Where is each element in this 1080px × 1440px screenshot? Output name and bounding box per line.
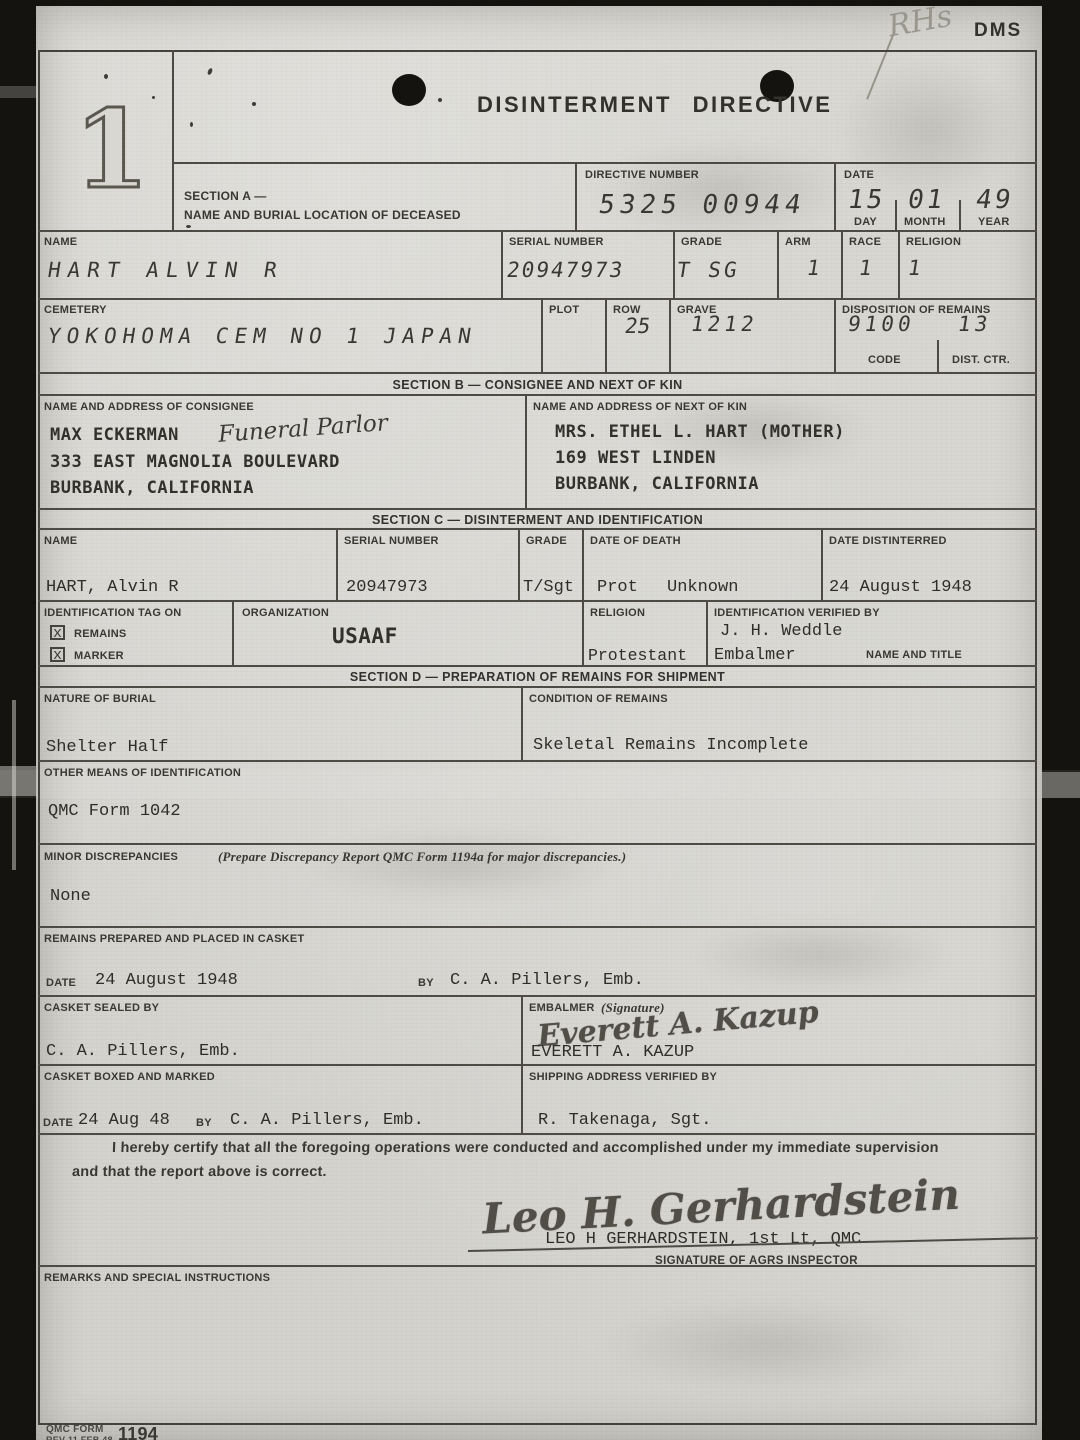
serial-c-value: 20947973	[346, 578, 428, 597]
date-day-text: 15	[846, 185, 888, 215]
dist-ctr-label: DIST. CTR.	[952, 354, 1010, 367]
section-a-label-line1: SECTION A —	[184, 189, 267, 203]
scanned-document-page: RHs DMS 1 DISINTERMENT DIRECTIVE SECTION…	[0, 0, 1080, 1440]
registration-mark-left-v	[12, 700, 16, 870]
cell-organization: ORGANIZATION USAAF	[232, 600, 582, 665]
disposition-code-value: 9100	[848, 312, 915, 336]
cell-casket-sealed: CASKET SEALED BY C. A. Pillers, Emb.	[38, 995, 521, 1064]
cell-race: RACE 1	[841, 230, 898, 298]
verified-title: Embalmer	[714, 646, 796, 665]
section-d-header: SECTION D — PREPARATION OF REMAINS FOR S…	[38, 671, 1037, 684]
kin-name: MRS. ETHEL L. HART (MOTHER)	[555, 422, 845, 442]
prepared-date-label: DATE	[46, 977, 76, 990]
id-tag-label: IDENTIFICATION TAG ON	[44, 607, 181, 620]
arm-value: 1	[807, 256, 820, 280]
remains-prepared-label: REMAINS PREPARED AND PLACED IN CASKET	[44, 933, 304, 946]
race-value: 1	[859, 256, 872, 280]
grade-c-value: T/Sgt	[523, 578, 574, 597]
consignee-addr2: BURBANK, CALIFORNIA	[50, 478, 254, 498]
date-of-death-prefix: Prot	[597, 578, 638, 597]
casket-sealed-value: C. A. Pillers, Emb.	[46, 1042, 240, 1061]
prepared-by-value: C. A. Pillers, Emb.	[450, 971, 644, 990]
date-day-value: 15	[848, 185, 885, 215]
grade-label: GRADE	[681, 236, 722, 249]
disposition-divider	[937, 340, 939, 374]
grade-c-label: GRADE	[526, 535, 567, 548]
date-year-text: 49	[974, 185, 1016, 215]
arm-text: 1	[805, 256, 821, 280]
kin-addr1: 169 WEST LINDEN	[555, 448, 716, 468]
name-value: HART ALVIN R	[48, 258, 284, 282]
row-text: 25	[623, 314, 652, 338]
cell-id-verified: IDENTIFICATION VERIFIED BY J. H. Weddle …	[706, 600, 1037, 665]
date-month-value: 01	[908, 185, 945, 215]
religion-label: RELIGION	[906, 236, 961, 249]
marker-checkmark: x	[53, 649, 62, 662]
cell-date-of-death: DATE OF DEATH Prot Unknown	[582, 528, 821, 600]
nature-of-burial-label: NATURE OF BURIAL	[44, 693, 156, 706]
cell-cemetery: CEMETERY YOKOHOMA CEM NO 1 JAPAN	[38, 298, 541, 372]
name-c-value: HART, Alvin R	[46, 578, 179, 597]
directive-number-label: DIRECTIVE NUMBER	[585, 169, 699, 182]
prepared-date-value: 24 August 1948	[95, 971, 238, 990]
consignee-label: NAME AND ADDRESS OF CONSIGNEE	[44, 401, 254, 414]
cell-serial-c: SERIAL NUMBER 20947973	[336, 528, 518, 600]
consignee-name: MAX ECKERMAN	[50, 425, 179, 445]
minor-discrepancies-note: (Prepare Discrepancy Report QMC Form 119…	[218, 849, 626, 865]
grave-text: 1212	[689, 312, 759, 336]
cell-casket-boxed: CASKET BOXED AND MARKED DATE 24 Aug 48 B…	[38, 1064, 521, 1133]
cell-date: DATE 15 01 49 DAY MONTH YEAR	[834, 162, 1037, 230]
footer-form-number: 1194	[118, 1424, 158, 1440]
certification-line2: and that the report above is correct.	[72, 1164, 327, 1181]
section-b-header: SECTION B — CONSIGNEE AND NEXT OF KIN	[38, 379, 1037, 392]
other-id-label: OTHER MEANS OF IDENTIFICATION	[44, 767, 241, 780]
month-label: MONTH	[904, 216, 946, 229]
cemetery-value: YOKOHOMA CEM NO 1 JAPAN	[48, 324, 477, 348]
consignee-handwritten: Funeral Parlor	[217, 410, 388, 448]
organization-label: ORGANIZATION	[242, 607, 329, 620]
kin-addr2: BURBANK, CALIFORNIA	[555, 474, 759, 494]
cell-grade-a: GRADE T SG	[673, 230, 777, 298]
remains-checkmark: x	[53, 627, 62, 640]
cell-shipping-verified: SHIPPING ADDRESS VERIFIED BY R. Takenaga…	[521, 1064, 1037, 1133]
next-of-kin-label: NAME AND ADDRESS OF NEXT OF KIN	[533, 401, 747, 414]
page-number: 1	[74, 96, 149, 204]
cell-grade-c: GRADE T/Sgt	[518, 528, 582, 600]
cell-page-number: 1	[38, 50, 172, 230]
religion-c-value: Protestant	[588, 646, 687, 665]
casket-sealed-label: CASKET SEALED BY	[44, 1002, 159, 1015]
cell-section-a-header: SECTION A — NAME AND BURIAL LOCATION OF …	[172, 162, 575, 230]
inspector-typed-name: LEO H GERHARDSTEIN, 1st Lt, QMC	[545, 1230, 861, 1249]
name-c-label: NAME	[44, 535, 77, 548]
remains-checkbox: x	[50, 625, 65, 640]
organization-value: USAAF	[332, 624, 398, 648]
cell-minor-discrepancies: MINOR DISCREPANCIES (Prepare Discrepancy…	[38, 843, 1037, 926]
certification-line1: I hereby certify that all the foregoing …	[112, 1140, 939, 1157]
boxed-by-label: BY	[196, 1117, 212, 1130]
religion-c-label: RELIGION	[590, 607, 645, 620]
cemetery-label: CEMETERY	[44, 304, 107, 317]
disposition-code-text: 9100	[846, 312, 916, 336]
embalmer-label: EMBALMER	[529, 1002, 595, 1015]
date-of-death-label: DATE OF DEATH	[590, 535, 681, 548]
prepared-by-label: BY	[418, 977, 434, 990]
registration-mark-left-h	[0, 766, 36, 796]
date-divider	[895, 200, 897, 230]
date-disinterred-value: 24 August 1948	[829, 578, 972, 597]
form-title: DISINTERMENT DIRECTIVE	[477, 94, 832, 116]
year-label: YEAR	[978, 216, 1010, 229]
date-month-text: 01	[906, 185, 948, 215]
day-label: DAY	[854, 216, 877, 229]
id-verified-label: IDENTIFICATION VERIFIED BY	[714, 607, 880, 620]
cell-religion-c: RELIGION Protestant	[582, 600, 706, 665]
cell-nature-of-burial: NATURE OF BURIAL Shelter Half	[38, 686, 521, 760]
cell-religion-a: RELIGION 1	[898, 230, 1037, 298]
section-b-bar: SECTION B — CONSIGNEE AND NEXT OF KIN	[38, 372, 1037, 394]
date-disinterred-label: DATE DISTINTERRED	[829, 535, 947, 548]
cell-directive-number: DIRECTIVE NUMBER 5325 00944	[575, 162, 834, 230]
section-d-bar: SECTION D — PREPARATION OF REMAINS FOR S…	[38, 665, 1037, 686]
section-c-header: SECTION C — DISINTERMENT AND IDENTIFICAT…	[38, 514, 1037, 527]
dms-stamp: DMS	[974, 20, 1022, 43]
cell-embalmer: EMBALMER (Signature) Everett A. Kazup EV…	[521, 995, 1037, 1064]
cell-row: ROW 25	[605, 298, 669, 372]
footer-form-line2: REV 11 FEB 48	[46, 1435, 113, 1440]
cell-name-c: NAME HART, Alvin R	[38, 528, 336, 600]
cell-next-of-kin: NAME AND ADDRESS OF NEXT OF KIN MRS. ETH…	[525, 394, 1037, 508]
consignee-addr1: 333 EAST MAGNOLIA BOULEVARD	[50, 452, 340, 472]
remains-label: REMAINS	[74, 628, 126, 641]
other-id-value: QMC Form 1042	[48, 802, 181, 821]
condition-of-remains-value: Skeletal Remains Incomplete	[533, 736, 808, 755]
cell-plot: PLOT	[541, 298, 605, 372]
embalmer-typed-name: EVERETT A. KAZUP	[531, 1043, 694, 1062]
arm-label: ARM	[785, 236, 811, 249]
cell-consignee: NAME AND ADDRESS OF CONSIGNEE MAX ECKERM…	[38, 394, 525, 508]
verified-name: J. H. Weddle	[720, 622, 842, 641]
directive-number-text: 5325 00944	[597, 190, 808, 220]
date-divider	[959, 200, 961, 230]
cell-other-id: OTHER MEANS OF IDENTIFICATION QMC Form 1…	[38, 760, 1037, 843]
code-label: CODE	[868, 354, 901, 367]
grade-value: T SG	[677, 258, 740, 282]
section-a-label-line2: NAME AND BURIAL LOCATION OF DECEASED	[184, 208, 461, 222]
plot-label: PLOT	[549, 304, 579, 317]
disposition-dist-value: 13	[958, 312, 991, 336]
registration-mark-left-top	[0, 86, 36, 98]
serial-c-label: SERIAL NUMBER	[344, 535, 439, 548]
boxed-date-value: 24 Aug 48	[78, 1111, 170, 1130]
boxed-date-label: DATE	[43, 1117, 73, 1130]
cell-grave: GRAVE 1212	[669, 298, 834, 372]
boxed-by-value: C. A. Pillers, Emb.	[230, 1111, 424, 1130]
directive-number-value: 5325 00944	[599, 190, 806, 220]
name-and-title-label: NAME AND TITLE	[866, 649, 962, 662]
cell-date-disinterred: DATE DISTINTERRED 24 August 1948	[821, 528, 1037, 600]
cemetery-text: YOKOHOMA CEM NO 1 JAPAN	[46, 324, 479, 348]
cell-id-tag: IDENTIFICATION TAG ON x REMAINS x MARKER	[38, 600, 232, 665]
shipping-verified-value: R. Takenaga, Sgt.	[538, 1111, 711, 1130]
minor-discrepancies-label: MINOR DISCREPANCIES	[44, 851, 178, 864]
cell-arm: ARM 1	[777, 230, 841, 298]
religion-text: 1	[906, 256, 922, 280]
date-of-death-value: Unknown	[667, 578, 738, 597]
minor-discrepancies-value: None	[50, 887, 91, 906]
cell-remarks: REMARKS AND SPECIAL INSTRUCTIONS	[38, 1265, 1037, 1425]
date-year-value: 49	[976, 185, 1013, 215]
date-label: DATE	[844, 169, 874, 182]
serial-value: 20947973	[507, 258, 624, 282]
marker-label: MARKER	[74, 650, 124, 663]
name-label: NAME	[44, 236, 77, 249]
religion-value: 1	[908, 256, 921, 280]
section-c-bar: SECTION C — DISINTERMENT AND IDENTIFICAT…	[38, 508, 1037, 528]
cell-condition-of-remains: CONDITION OF REMAINS Skeletal Remains In…	[521, 686, 1037, 760]
shipping-verified-label: SHIPPING ADDRESS VERIFIED BY	[529, 1071, 717, 1084]
marker-checkbox: x	[50, 647, 65, 662]
grave-value: 1212	[691, 312, 758, 336]
nature-of-burial-value: Shelter Half	[46, 738, 168, 757]
grade-text: T SG	[675, 258, 741, 282]
serial-label: SERIAL NUMBER	[509, 236, 604, 249]
condition-of-remains-label: CONDITION OF REMAINS	[529, 693, 668, 706]
cell-remains-prepared: REMAINS PREPARED AND PLACED IN CASKET DA…	[38, 926, 1037, 995]
cell-serial-a: SERIAL NUMBER 20947973	[501, 230, 673, 298]
cell-name-a: NAME HART ALVIN R	[38, 230, 501, 298]
casket-boxed-label: CASKET BOXED AND MARKED	[44, 1071, 215, 1084]
name-text: HART ALVIN R	[46, 258, 286, 282]
serial-text: 20947973	[505, 258, 626, 282]
remarks-label: REMARKS AND SPECIAL INSTRUCTIONS	[44, 1272, 270, 1285]
cell-disposition: DISPOSITION OF REMAINS 9100 13 CODE DIST…	[834, 298, 1037, 372]
registration-mark-right-h	[1042, 772, 1080, 798]
row-value: 25	[625, 314, 650, 338]
race-label: RACE	[849, 236, 881, 249]
disposition-dist-text: 13	[956, 312, 993, 336]
race-text: 1	[857, 256, 873, 280]
